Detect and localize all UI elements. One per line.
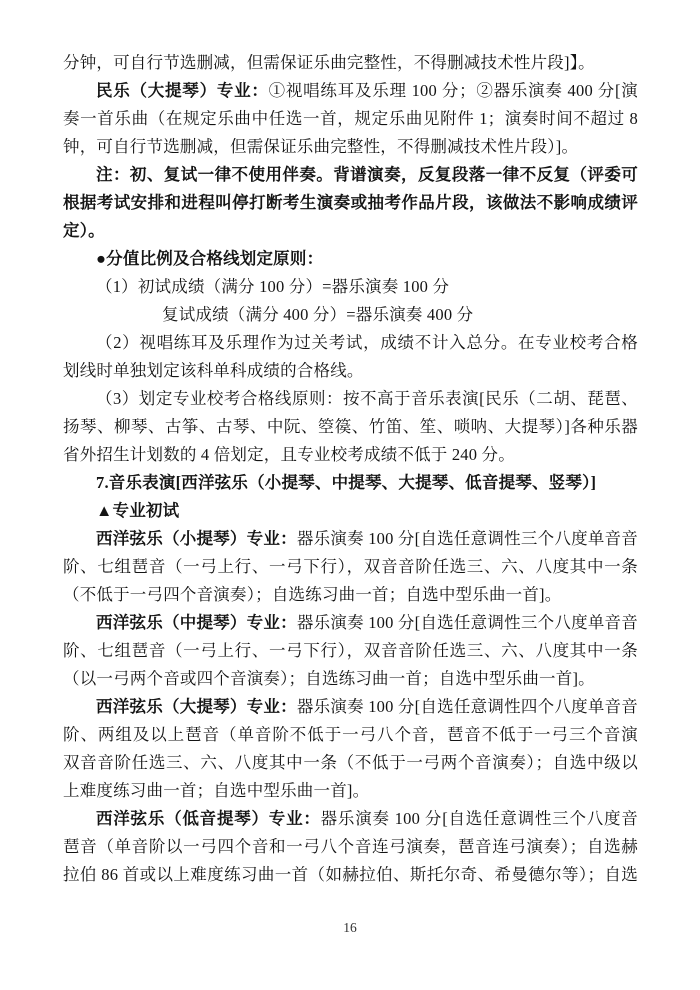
- text-segment: 阶、七组琶音（一弓上行、一弓下行），双音音阶任选三、六、八度其中一条: [63, 641, 638, 660]
- text-line: 复试成绩（满分 400 分）=器乐演奏 400 分: [63, 301, 638, 329]
- text-line: （不低于一弓四个音演奏）；自选练习曲一首；自选中型乐曲一首]。: [63, 581, 638, 609]
- text-line: 民乐（大提琴）专业：①视唱练耳及乐理 100 分；②器乐演奏 400 分[演: [63, 77, 638, 105]
- text-line: 根据考试安排和进程叫停打断考生演奏或抽考作品片段，该做法不影响成绩评: [63, 189, 638, 217]
- text-segment: 分钟，可自行节选删减，但需保证乐曲完整性，不得删减技术性片段]】。: [63, 53, 595, 72]
- text-line: 阶、七组琶音（一弓上行、一弓下行），双音音阶任选三、六、八度其中一条: [63, 637, 638, 665]
- text-segment: （2）视唱练耳及乐理作为过关考试，成绩不计入总分。在专业校考合格线: [96, 333, 638, 357]
- bold-text-segment: 民乐（大提琴）专业：: [96, 81, 269, 100]
- text-segment: 器乐演奏 100 分[自选任意调性四个八度单音音: [297, 697, 638, 716]
- text-line: 西洋弦乐（中提琴）专业：器乐演奏 100 分[自选任意调性三个八度单音音: [63, 609, 638, 637]
- bold-text-segment: 西洋弦乐（中提琴）专业：: [96, 613, 297, 632]
- text-segment: 复试成绩（满分 400 分）=器乐演奏 400 分: [162, 305, 473, 324]
- text-line: ●分值比例及合格线划定原则：: [63, 245, 638, 273]
- text-segment: （不低于一弓四个音演奏）；自选练习曲一首；自选中型乐曲一首]。: [63, 585, 561, 604]
- text-segment: 阶、两组及以上琶音（单音阶不低于一弓八个音，琶音不低于一弓三个音演奏），: [63, 725, 638, 749]
- text-segment: 扬琴、柳琴、古筝、古琴、中阮、箜篌、竹笛、笙、唢呐、大提琴）]各种乐器: [63, 417, 638, 436]
- text-line: 省外招生计划数的 4 倍划定，且专业校考成绩不低于 240 分。: [63, 441, 638, 469]
- text-segment: 钟，可自行节选删减，但需保证乐曲完整性，不得删减技术性片段）]。: [63, 137, 578, 156]
- text-line: 阶、七组琶音（一弓上行、一弓下行），双音音阶任选三、六、八度其中一条: [63, 553, 638, 581]
- bold-text-segment: 注：初、复试一律不使用伴奏。背谱演奏，反复段落一律不反复（评委可: [96, 165, 638, 184]
- text-line: （2）视唱练耳及乐理作为过关考试，成绩不计入总分。在专业校考合格线: [63, 329, 638, 357]
- text-line: 奏一首乐曲（在规定乐曲中任选一首，规定乐曲见附件 1；演奏时间不超过 8 分: [63, 105, 638, 133]
- text-line: 扬琴、柳琴、古筝、古琴、中阮、箜篌、竹笛、笙、唢呐、大提琴）]各种乐器: [63, 413, 638, 441]
- bold-text-segment: 西洋弦乐（低音提琴）专业：: [96, 809, 321, 828]
- text-line: 钟，可自行节选删减，但需保证乐曲完整性，不得删减技术性片段）]。: [63, 133, 638, 161]
- text-segment: 阶、七组琶音（一弓上行、一弓下行），双音音阶任选三、六、八度其中一条: [63, 557, 638, 576]
- text-segment: 器乐演奏 100 分[自选任意调性三个八度单音音: [297, 529, 638, 548]
- text-line: 拉伯 86 首或以上难度练习曲一首（如赫拉伯、斯托尔奇、希曼德尔等）；自选: [63, 861, 638, 889]
- text-line: 上难度练习曲一首；自选中型乐曲一首]。: [63, 777, 638, 805]
- text-segment: （1）初试成绩（满分 100 分）=器乐演奏 100 分: [96, 277, 449, 296]
- text-segment: 上难度练习曲一首；自选中型乐曲一首]。: [63, 781, 369, 800]
- bold-text-segment: 西洋弦乐（小提琴）专业：: [96, 529, 297, 548]
- text-segment: 双音音阶任选三、六、八度其中一条（不低于一弓两个音演奏）；自选中级以: [63, 753, 638, 772]
- text-line: 定）。: [63, 217, 638, 245]
- text-line: 西洋弦乐（小提琴）专业：器乐演奏 100 分[自选任意调性三个八度单音音: [63, 525, 638, 553]
- bold-text-segment: ●分值比例及合格线划定原则：: [96, 249, 323, 268]
- text-line: 阶、两组及以上琶音（单音阶不低于一弓八个音，琶音不低于一弓三个音演奏），: [63, 721, 638, 749]
- text-line: ▲专业初试: [63, 497, 638, 525]
- text-segment: 拉伯 86 首或以上难度练习曲一首（如赫拉伯、斯托尔奇、希曼德尔等）；自选: [63, 865, 638, 884]
- text-line: （3）划定专业校考合格线原则：按不高于音乐表演[民乐（二胡、琵琶、: [63, 385, 638, 413]
- text-line: 注：初、复试一律不使用伴奏。背谱演奏，反复段落一律不反复（评委可: [63, 161, 638, 189]
- text-line: 双音音阶任选三、六、八度其中一条（不低于一弓两个音演奏）；自选中级以: [63, 749, 638, 777]
- page-footer: 16: [0, 915, 700, 990]
- text-line: 西洋弦乐（低音提琴）专业：器乐演奏 100 分[自选任意调性三个八度音阶、: [63, 805, 638, 833]
- text-line: （以一弓两个音或四个音演奏）；自选练习曲一首；自选中型乐曲一首]。: [63, 665, 638, 693]
- text-segment: 划线时单独划定该科单科成绩的合格线。: [63, 361, 364, 380]
- page-number: 16: [0, 915, 700, 935]
- text-line: 分钟，可自行节选删减，但需保证乐曲完整性，不得删减技术性片段]】。: [63, 49, 638, 77]
- text-line: 7.音乐表演[西洋弦乐（小提琴、中提琴、大提琴、低音提琴、竖琴）]: [63, 469, 638, 497]
- bold-text-segment: 定）。: [63, 221, 105, 240]
- text-line: （1）初试成绩（满分 100 分）=器乐演奏 100 分: [63, 273, 638, 301]
- text-segment: （3）划定专业校考合格线原则：按不高于音乐表演[民乐（二胡、琵琶、: [96, 389, 638, 408]
- bold-text-segment: ▲专业初试: [96, 501, 179, 520]
- text-segment: 器乐演奏 100 分[自选任意调性三个八度单音音: [297, 613, 638, 632]
- bold-text-segment: 根据考试安排和进程叫停打断考生演奏或抽考作品片段，该做法不影响成绩评: [63, 193, 638, 212]
- text-line: 划线时单独划定该科单科成绩的合格线。: [63, 357, 638, 385]
- document-body: 分钟，可自行节选删减，但需保证乐曲完整性，不得删减技术性片段]】。民乐（大提琴）…: [63, 49, 638, 889]
- document-page: 分钟，可自行节选删减，但需保证乐曲完整性，不得删减技术性片段]】。民乐（大提琴）…: [0, 0, 700, 990]
- text-segment: 省外招生计划数的 4 倍划定，且专业校考成绩不低于 240 分。: [63, 445, 515, 464]
- text-segment: 琶音（单音阶以一弓四个音和一弓八个音连弓演奏，琶音连弓演奏）；自选赫: [63, 837, 638, 856]
- bold-text-segment: 西洋弦乐（大提琴）专业：: [96, 697, 297, 716]
- text-line: 琶音（单音阶以一弓四个音和一弓八个音连弓演奏，琶音连弓演奏）；自选赫: [63, 833, 638, 861]
- text-segment: ①视唱练耳及乐理 100 分；②器乐演奏 400 分[演: [269, 81, 638, 100]
- text-line: 西洋弦乐（大提琴）专业：器乐演奏 100 分[自选任意调性四个八度单音音: [63, 693, 638, 721]
- bold-text-segment: 7.音乐表演[西洋弦乐（小提琴、中提琴、大提琴、低音提琴、竖琴）]: [96, 473, 596, 492]
- text-segment: 奏一首乐曲（在规定乐曲中任选一首，规定乐曲见附件 1；演奏时间不超过 8 分: [63, 109, 638, 133]
- text-segment: （以一弓两个音或四个音演奏）；自选练习曲一首；自选中型乐曲一首]。: [63, 669, 595, 688]
